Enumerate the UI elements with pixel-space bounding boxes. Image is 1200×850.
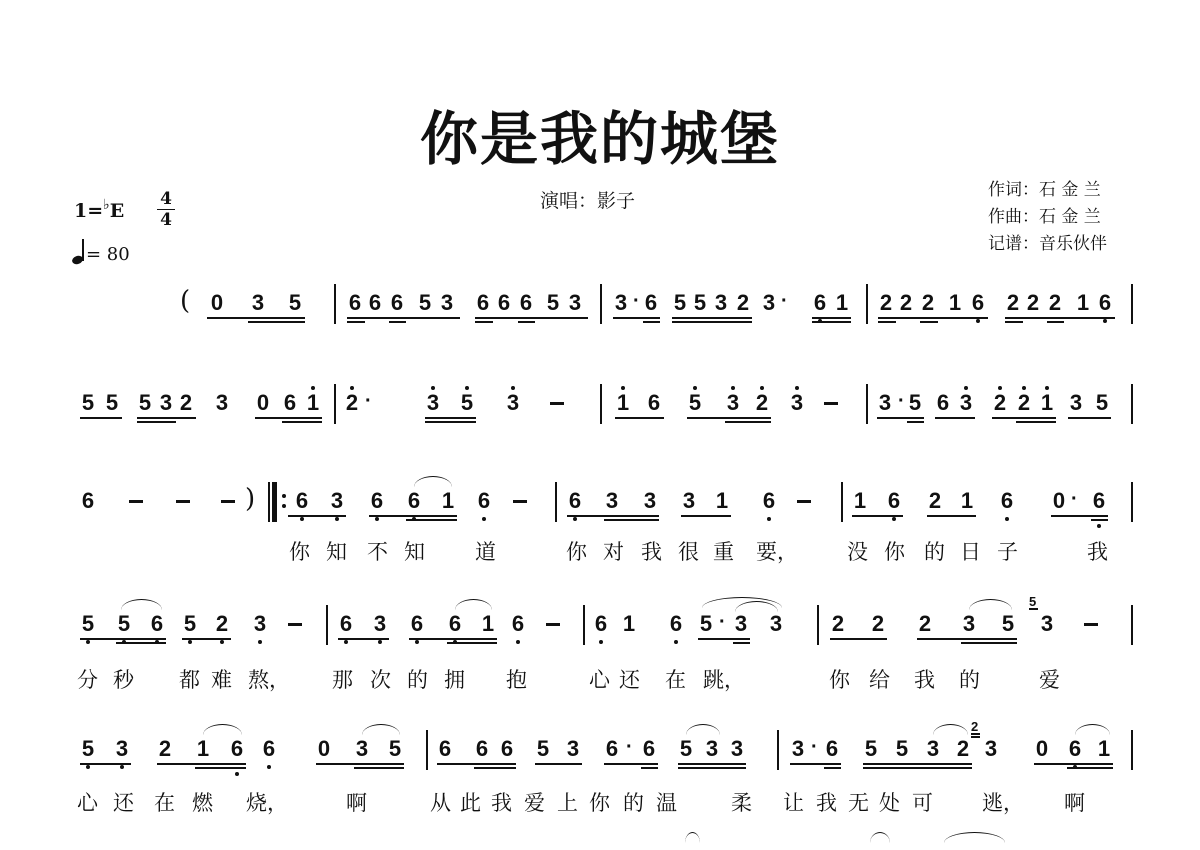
lyric-char: 不 (367, 541, 388, 563)
slur (203, 724, 242, 735)
octave-dot-high (1045, 386, 1049, 390)
underline (812, 317, 851, 319)
note: 5 (907, 392, 923, 414)
sustain-dash (546, 623, 560, 626)
tempo-marking: = 80 (72, 240, 130, 265)
octave-dot-low (188, 640, 192, 644)
slur (944, 832, 1005, 843)
note: 2 (735, 292, 751, 314)
octave-dot-high (311, 386, 315, 390)
octave-dot-low (573, 517, 577, 521)
octave-dot-high (621, 386, 625, 390)
underline (406, 519, 457, 521)
barline (841, 482, 843, 522)
underline (878, 321, 896, 323)
note: 6 (999, 490, 1015, 512)
underline (830, 638, 887, 640)
slur (870, 832, 890, 843)
note: 3 (372, 613, 388, 635)
lyric-char: 没 (847, 541, 868, 563)
underline (672, 317, 752, 319)
barline (1131, 605, 1133, 645)
underline (425, 421, 476, 423)
lyric-char: 的 (924, 541, 945, 563)
lyric-char: 你 (829, 669, 850, 691)
note: 3 (733, 613, 749, 635)
paren-open: ( (180, 286, 190, 316)
note: 3 (565, 738, 581, 760)
slur (414, 476, 452, 487)
note: 5 (80, 613, 96, 635)
slur (685, 832, 700, 843)
lyric-char: 在 (154, 792, 175, 814)
barline (583, 605, 585, 645)
underline (687, 417, 771, 419)
note: 6 (367, 292, 383, 314)
octave-dot-high (350, 386, 354, 390)
note: 3 (713, 292, 729, 314)
note: 6 (496, 292, 512, 314)
note: 5 (692, 292, 708, 314)
note: 6 (970, 292, 986, 314)
augmentation-dot: · (898, 390, 905, 413)
slur (455, 599, 492, 610)
note: 1 (480, 613, 496, 635)
barline (334, 384, 336, 424)
underline (725, 421, 771, 423)
note: 6 (499, 738, 515, 760)
underline (935, 417, 975, 419)
underline (255, 417, 322, 419)
note: 3 (439, 292, 455, 314)
underline (567, 515, 659, 517)
lyric-char: 逃， (982, 792, 1024, 814)
underline (354, 767, 404, 769)
repeat-dot (282, 504, 286, 508)
lyric-char: 燃 (192, 792, 213, 814)
note: 6 (1097, 292, 1113, 314)
note: 3 (613, 292, 629, 314)
note: 6 (80, 490, 96, 512)
note: 2 (920, 292, 936, 314)
underline (863, 763, 972, 765)
lyric-char: 道 (475, 541, 496, 563)
lyric-char: 你 (884, 541, 905, 563)
note: 1 (615, 392, 631, 414)
underline (678, 763, 746, 765)
note: 6 (935, 392, 951, 414)
underline (641, 767, 658, 769)
note: 6 (229, 738, 245, 760)
underline (852, 515, 903, 517)
lyric-char: 秒 (113, 669, 134, 691)
note: 5 (894, 738, 910, 760)
lyric-char: 跳， (703, 669, 745, 691)
note: 1 (440, 490, 456, 512)
underline (615, 417, 664, 419)
sustain-dash (1084, 623, 1098, 626)
slur (969, 599, 1012, 610)
note: 2 (955, 738, 971, 760)
octave-dot-low (674, 640, 678, 644)
note: 3 (329, 490, 345, 512)
octave-dot-low (976, 319, 980, 323)
note: 3 (789, 392, 805, 414)
underline (116, 642, 166, 644)
note: 3 (961, 613, 977, 635)
underline (409, 638, 497, 640)
grace-underline (971, 733, 980, 735)
time-bottom: 4 (157, 211, 175, 229)
lyric-char: 难 (211, 669, 232, 691)
octave-dot-low (86, 640, 90, 644)
lyric-char: 的 (959, 669, 980, 691)
note: 6 (294, 490, 310, 512)
lyric-char: 子 (997, 541, 1018, 563)
lyric-char: 我 (1087, 541, 1108, 563)
underline (1005, 321, 1023, 323)
note: 2 (878, 292, 894, 314)
note: 5 (687, 392, 703, 414)
note: 6 (641, 738, 657, 760)
octave-dot-low (344, 640, 348, 644)
underline (917, 638, 1017, 640)
octave-dot-low (86, 765, 90, 769)
note: 3 (425, 392, 441, 414)
note: 6 (812, 292, 828, 314)
note: 1 (714, 490, 730, 512)
augmentation-dot: · (811, 736, 818, 759)
note: 5 (863, 738, 879, 760)
octave-dot-low (300, 517, 304, 521)
lyricist-credit: 作词：石 金 兰 (988, 177, 1107, 204)
note: 6 (643, 292, 659, 314)
note: 6 (1067, 738, 1083, 760)
underline (475, 317, 588, 319)
note: 6 (282, 392, 298, 414)
underline (604, 763, 658, 765)
lyric-char: 你 (589, 792, 610, 814)
note: 5 (1000, 613, 1016, 635)
note: 3 (790, 738, 806, 760)
note: 2 (1016, 392, 1032, 414)
underline (347, 321, 365, 323)
note: 1 (1096, 738, 1112, 760)
credits-block: 作词：石 金 兰 作曲：石 金 兰 记谱：音乐伙伴 (988, 177, 1107, 258)
lyric-char: 柔 (731, 792, 752, 814)
underline (1091, 519, 1108, 521)
note: 6 (474, 738, 490, 760)
octave-dot-low (1103, 319, 1107, 323)
note: 6 (475, 292, 491, 314)
underline (698, 638, 750, 640)
underline (672, 321, 752, 323)
lyric-char: 的 (623, 792, 644, 814)
note: 2 (917, 613, 933, 635)
lyric-char: 啊 (1064, 792, 1085, 814)
lyric-char: 你 (566, 541, 587, 563)
grace-underline (971, 736, 980, 738)
barline (1131, 384, 1133, 424)
underline (604, 519, 659, 521)
note: 6 (437, 738, 453, 760)
note: 3 (114, 738, 130, 760)
underline (316, 763, 404, 765)
underline (80, 638, 166, 640)
note: 3 (505, 392, 521, 414)
underline (338, 638, 389, 640)
lyric-char: 重 (713, 541, 734, 563)
lyric-char: 日 (960, 541, 981, 563)
tempo-value: = 80 (86, 244, 130, 265)
octave-dot-low (258, 640, 262, 644)
note: 2 (830, 613, 846, 635)
lyric-char: 的 (407, 669, 428, 691)
note: 3 (250, 292, 266, 314)
lyric-char: 爱 (1039, 669, 1060, 691)
flat-icon: ♭ (103, 197, 110, 213)
note: 3 (214, 392, 230, 414)
barline (866, 384, 868, 424)
octave-dot-low (415, 640, 419, 644)
note: 1 (852, 490, 868, 512)
grace-note: 5 (1029, 594, 1036, 609)
underline (137, 417, 196, 419)
note: 5 (182, 613, 198, 635)
underline (369, 515, 457, 517)
sustain-dash (824, 402, 838, 405)
underline (182, 638, 231, 640)
note: 6 (149, 613, 165, 635)
note: 2 (178, 392, 194, 414)
underline (389, 321, 406, 323)
note: 3 (1039, 613, 1055, 635)
note: 2 (1047, 292, 1063, 314)
barline (555, 482, 557, 522)
underline (1047, 321, 1064, 323)
augmentation-dot: · (781, 290, 788, 313)
underline (878, 317, 988, 319)
note: 6 (646, 392, 662, 414)
underline (920, 321, 938, 323)
lyric-char: 知 (326, 541, 347, 563)
note: 0 (316, 738, 332, 760)
lyric-char: 还 (113, 792, 134, 814)
lyric-char: 让 (783, 792, 804, 814)
note: 6 (518, 292, 534, 314)
note: 6 (347, 292, 363, 314)
note: 2 (1025, 292, 1041, 314)
note: 3 (925, 738, 941, 760)
underline (137, 421, 176, 423)
octave-dot-high (731, 386, 735, 390)
underline (863, 767, 972, 769)
note: 6 (369, 490, 385, 512)
lyric-char: 次 (370, 669, 391, 691)
key-signature: 1=♭E (74, 197, 124, 222)
underline (475, 321, 493, 323)
barline (334, 284, 336, 324)
note: 2 (754, 392, 770, 414)
lyric-char: 上 (557, 792, 578, 814)
lyric-char: 给 (869, 669, 890, 691)
note: 3 (158, 392, 174, 414)
key-letter: E (110, 200, 124, 222)
lyric-char: 啊 (346, 792, 367, 814)
octave-dot-low (120, 765, 124, 769)
note: 6 (761, 490, 777, 512)
note: 5 (387, 738, 403, 760)
underline (1016, 421, 1056, 423)
octave-dot-low (1005, 517, 1009, 521)
note: 6 (668, 613, 684, 635)
song-title: 你是我的城堡 (0, 92, 1200, 176)
note: 6 (389, 292, 405, 314)
lyric-char: 此 (460, 792, 481, 814)
slur (121, 599, 162, 610)
lyric-char: 温 (656, 792, 677, 814)
quarter-note-icon (72, 240, 86, 264)
time-top: 4 (157, 190, 175, 208)
underline (812, 321, 851, 323)
octave-dot-low (378, 640, 382, 644)
note: 6 (1091, 490, 1107, 512)
lyric-char: 拥 (444, 669, 465, 691)
note: 2 (344, 392, 360, 414)
octave-dot-low (375, 517, 379, 521)
note: 6 (447, 613, 463, 635)
note: 5 (672, 292, 688, 314)
note: 5 (137, 392, 153, 414)
sustain-dash (221, 500, 235, 503)
barline-repeat-thin (268, 482, 270, 522)
underline (207, 317, 305, 319)
note: 2 (992, 392, 1008, 414)
barline (817, 605, 819, 645)
lyric-char: 无 (848, 792, 869, 814)
underline (613, 317, 660, 319)
octave-dot-low (516, 640, 520, 644)
note: 6 (338, 613, 354, 635)
note: 3 (681, 490, 697, 512)
sustain-dash (513, 500, 527, 503)
sustain-dash (550, 402, 564, 405)
underline (518, 321, 535, 323)
underline (195, 767, 246, 769)
note: 5 (80, 738, 96, 760)
lyric-char: 对 (603, 541, 624, 563)
augmentation-dot: · (719, 611, 726, 634)
transcriber-credit: 记谱：音乐伙伴 (988, 231, 1107, 258)
composer-credit: 作曲：石 金 兰 (988, 204, 1107, 231)
octave-dot-low (1097, 524, 1101, 528)
underline (288, 515, 346, 517)
barline-repeat-thick (272, 482, 277, 522)
note: 6 (476, 490, 492, 512)
key-prefix: 1= (74, 200, 103, 222)
underline (80, 417, 122, 419)
grace-underline (1029, 608, 1038, 610)
note: 3 (704, 738, 720, 760)
augmentation-dot: · (1071, 488, 1078, 511)
underline (1067, 767, 1113, 769)
underline (282, 421, 322, 423)
underline (1034, 763, 1113, 765)
note: 1 (1075, 292, 1091, 314)
note: 1 (947, 292, 963, 314)
underline (437, 763, 516, 765)
note: 2 (1005, 292, 1021, 314)
underline (474, 767, 516, 769)
note: 6 (593, 613, 609, 635)
barline (777, 730, 779, 770)
note: 3 (877, 392, 893, 414)
note: 3 (958, 392, 974, 414)
barline (426, 730, 428, 770)
singer-credit: 演唱：影子 (540, 186, 635, 213)
note: 0 (255, 392, 271, 414)
note: 3 (604, 490, 620, 512)
sustain-dash (797, 500, 811, 503)
note: 5 (417, 292, 433, 314)
note: 3 (761, 292, 777, 314)
note: 0 (1051, 490, 1067, 512)
octave-dot-high (998, 386, 1002, 390)
note: 2 (214, 613, 230, 635)
lyric-char: 爱 (524, 792, 545, 814)
lyric-char: 还 (619, 669, 640, 691)
note: 2 (898, 292, 914, 314)
barline (1131, 284, 1133, 324)
note: 1 (621, 613, 637, 635)
note: 6 (510, 613, 526, 635)
note: 5 (116, 613, 132, 635)
barline (326, 605, 328, 645)
underline (535, 763, 582, 765)
octave-dot-low (220, 640, 224, 644)
repeat-dot (282, 494, 286, 498)
note: 3 (1068, 392, 1084, 414)
underline (824, 767, 841, 769)
underline (447, 642, 497, 644)
slur (933, 724, 968, 735)
lyric-char: 心 (77, 792, 98, 814)
barline (600, 384, 602, 424)
note: 5 (459, 392, 475, 414)
lyric-char: 知 (404, 541, 425, 563)
underline (1051, 515, 1108, 517)
note: 5 (678, 738, 694, 760)
underline (80, 763, 131, 765)
note: 6 (409, 613, 425, 635)
lyric-char: 抱 (506, 669, 527, 691)
lyric-char: 在 (665, 669, 686, 691)
note: 6 (567, 490, 583, 512)
slur (686, 724, 720, 735)
octave-dot-high (465, 386, 469, 390)
note: 6 (604, 738, 620, 760)
note: 5 (1094, 392, 1110, 414)
octave-dot-high (431, 386, 435, 390)
underline (992, 417, 1056, 419)
underline (347, 317, 460, 319)
underline (678, 767, 746, 769)
underline (248, 321, 305, 323)
note: 5 (104, 392, 120, 414)
note: 3 (768, 613, 784, 635)
octave-dot-high (693, 386, 697, 390)
lyric-char: 分 (77, 669, 98, 691)
